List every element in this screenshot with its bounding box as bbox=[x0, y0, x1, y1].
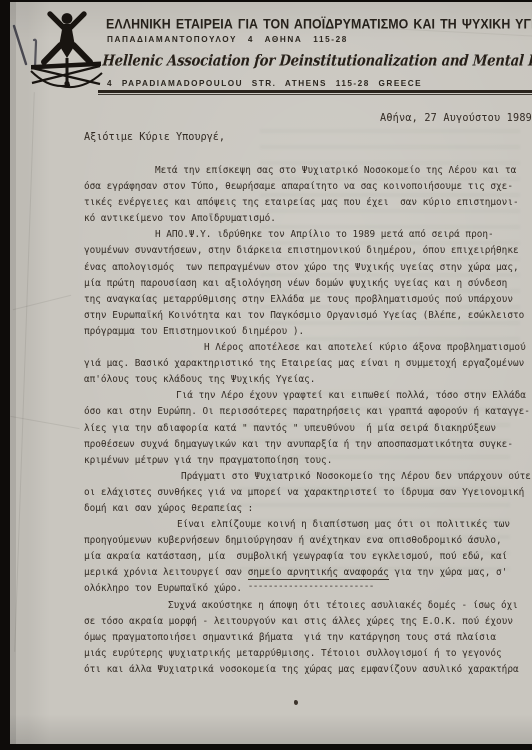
text-segment: για την χώρα μας, σ' bbox=[389, 567, 508, 578]
text-segment: ολόκληρο τον Ευρωπαϊκό χώρο. bbox=[84, 583, 248, 594]
letter-line: κριμένων μέτρων γιά την πραγματοποίηση τ… bbox=[84, 453, 532, 469]
org-address-greek: ΠΑΠΑΔΙΑΜΑΝΤΟΠΟΥΛΟΥ 4 ΑΘΗΝΑ 115-28 bbox=[107, 35, 348, 44]
typed-dashes: ------------------------- bbox=[248, 581, 374, 592]
letter-line: όσα εγράφησαν στον Τύπο, θεωρήσαμε απαρα… bbox=[84, 179, 532, 195]
letter-line: σε τόσο ακραία μορφή - λειτουργούν και σ… bbox=[84, 614, 532, 630]
org-name-greek: ΕΛΛΗΝΙΚΗ ΕΤΑΙΡΕΙΑ ΓΙΑ ΤΟΝ ΑΠΟΪΔΡΥΜΑΤΙΣΜΟ… bbox=[106, 16, 532, 32]
letter-line: τικές ενέργειες και απόψεις της εταιρεία… bbox=[84, 195, 532, 211]
letter-line: οι ελάχιστες συνθήκες γιά να μπορεί να χ… bbox=[84, 485, 532, 501]
org-address-english: 4 PAPADIAMADOPOULOU STR. ATHENS 115-28 G… bbox=[107, 79, 422, 88]
letter-line: Μετά την επίσκεψη σας στο Ψυχιατρικό Νοσ… bbox=[84, 163, 532, 179]
paper-crease bbox=[10, 416, 79, 429]
salutation: Αξιότιμε Κύριε Υπουργέ, bbox=[84, 132, 225, 143]
paper-crease bbox=[14, 92, 35, 652]
letter-line: μερικά χρόνια λειτουργεί σαν σημείο αρνη… bbox=[84, 565, 532, 581]
letter-line: γιά μας. Βασικό χαρακτηριστικό της Εταιρ… bbox=[84, 356, 532, 372]
letter-line: προθέσεων συχνά δημαγωγικών και την ανυπ… bbox=[84, 437, 532, 453]
letter-line: ότι και άλλα Ψυχιατρικά νοσοκομεία της χ… bbox=[84, 662, 532, 678]
letter-line: μία πρώτη παρουσίαση και αξιολόγηση νέων… bbox=[84, 276, 532, 292]
page-number-mark: · bbox=[294, 700, 298, 705]
scanned-letter-page: ΕΛΛΗΝΙΚΗ ΕΤΑΙΡΕΙΑ ΓΙΑ ΤΟΝ ΑΠΟΪΔΡΥΜΑΤΙΣΜΟ… bbox=[0, 0, 532, 750]
paper: ΕΛΛΗΝΙΚΗ ΕΤΑΙΡΕΙΑ ΓΙΑ ΤΟΝ ΑΠΟΪΔΡΥΜΑΤΙΣΜΟ… bbox=[10, 2, 532, 744]
letter-line: απ'όλους τους κλάδους της Ψυχικής Υγείας… bbox=[84, 372, 532, 388]
paper-crease bbox=[13, 295, 71, 310]
letter-line: προηγούμενων κυβερνήσεων δημιούργησαν ή … bbox=[84, 533, 532, 549]
letter-line: μιάς ευρύτερης ψυχιατρικής μεταρρύθμισης… bbox=[84, 646, 532, 662]
letter-line: Συχνά ακούστηκε η άποψη ότι τέτοιες ασυλ… bbox=[84, 598, 532, 614]
letter-line: Γιά την Λέρο έχουν γραφτεί και ειπωθεί π… bbox=[84, 388, 532, 404]
date-line: Αθήνα, 27 Αυγούστου 1989 bbox=[260, 113, 532, 124]
letter-line: πρόγραμμα του Επιστημονικού διημέρου ). bbox=[84, 324, 532, 340]
letter-line: λίες για την αδιαφορία κατά " παντός " υ… bbox=[84, 421, 532, 437]
letter-line: όσο και στην Ευρώπη. Οι περισσότερες παρ… bbox=[84, 404, 532, 420]
letterhead-rule-thin bbox=[98, 94, 532, 95]
text-segment: μερικά χρόνια λειτουργεί σαν bbox=[84, 567, 248, 578]
org-name-english: Hellenic Association for Deinstitutional… bbox=[102, 53, 532, 70]
letter-line: της αναγκαίας μεταρρύθμισης στην Ελλάδα … bbox=[84, 292, 532, 308]
letter-line: στην Ευρωπαϊκή Κοινότητα και τον Παγκόσμ… bbox=[84, 308, 532, 324]
letter-line: γουμένων συναντήσεων, στην διάρκεια επισ… bbox=[84, 243, 532, 259]
letter-line: ένας απολογισμός των πεπραγμένων στον χώ… bbox=[84, 260, 532, 276]
underlined-phrase: σημείο αρνητικής αναφοράς bbox=[248, 567, 389, 580]
letter-body: Μετά την επίσκεψη σας στο Ψυχιατρικό Νοσ… bbox=[84, 163, 532, 678]
letter-line: Είναι ελπίζουμε κοινή η διαπίστωση μας ό… bbox=[84, 517, 532, 533]
letter-line: Πράγματι στο Ψυχιατρικό Νοσοκομείο της Λ… bbox=[84, 469, 532, 485]
organization-logo-icon bbox=[28, 11, 104, 91]
letter-line: ολόκληρο τον Ευρωπαϊκό χώρο. -----------… bbox=[84, 581, 532, 597]
letterhead-rule bbox=[98, 90, 532, 93]
letter-line: κό αντικείμενο τον Αποϊδρυματισμό. bbox=[84, 211, 532, 227]
letter-line: δομή και σαν χώρος θεραπείας : bbox=[84, 501, 532, 517]
letter-line: όμως πραγματοποιήσει σημαντικά βήματα γι… bbox=[84, 630, 532, 646]
letter-line: Η ΑΠΟ.Ψ.Υ. ιδρύθηκε τον Απρίλιο το 1989 … bbox=[84, 227, 532, 243]
letter-line: Η Λέρος αποτέλεσε και αποτελεί κύριο άξο… bbox=[84, 340, 532, 356]
letter-line: μία ακραία κατάσταση, μία συμβολική γεωγ… bbox=[84, 549, 532, 565]
